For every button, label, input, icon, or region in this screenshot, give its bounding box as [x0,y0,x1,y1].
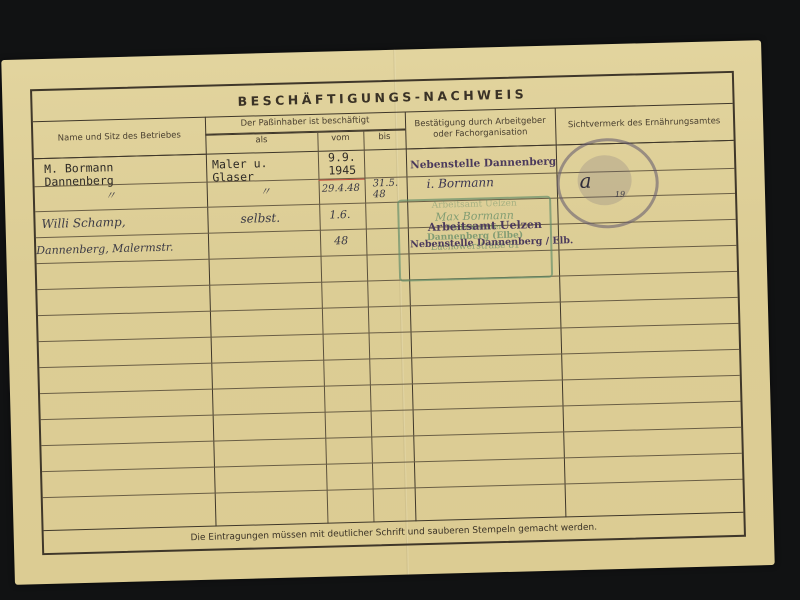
header-employer: Name und Sitz des Betriebes [33,117,206,159]
row-line [39,323,739,342]
ditto-mark-employer: 〃 [105,187,116,203]
entry1-to-date: 31.5. 48 [372,178,398,201]
red-underline [319,179,365,181]
row-line [39,349,739,368]
col-divider-4 [405,111,417,521]
entry1-employer: M. Bormann Dannenberg [44,161,114,189]
header-employer-label: Name und Sitz des Betriebes [58,130,181,144]
header-employed-label: Der Paßinhaber ist beschäftigt [240,115,369,129]
visa-initial: a [579,169,592,193]
purple-stamp-nebenstelle: Nebenstelle Dannenberg [410,156,556,172]
header-from: vom [317,133,363,144]
header-confirmation-label: Bestätigung durch Arbeitgeber oder Facho… [405,115,556,141]
row-line [41,427,741,446]
entry2-from-year: 48 [334,234,348,247]
entry1-employer-city: Dannenberg [44,174,114,189]
visa-mark: 19 [615,190,625,199]
form-frame: BESCHÄFTIGUNGS-NACHWEIS Name und Sitz de… [30,71,746,555]
row-line [37,271,737,290]
row-line [42,453,742,472]
header-confirmation: Bestätigung durch Arbeitgeber oder Facho… [405,108,556,150]
document-title: BESCHÄFTIGUNGS-NACHWEIS [237,86,527,109]
signature: i. Bormann [426,175,494,191]
entry2-occupation: selbst. [240,211,280,226]
header-visa-label: Sichtvermerk des Ernährungsamtes [568,116,721,131]
row-line [38,297,738,316]
entry2-employer-name: Willi Schamp, [41,215,125,231]
entry1-handwritten-from: 29.4.48 [322,183,360,195]
entry2-employer-city: Dannenberg, Malermstr. [36,241,173,258]
round-official-stamp [556,137,660,230]
entry1-from-date: 9.9. 1945 [322,151,363,178]
header-visa: Sichtvermerk des Ernährungsamtes [555,103,734,146]
entry1-to-day: 31.5. [372,178,398,190]
row-line [41,401,741,420]
footer-instructions: Die Eintragungen müssen mit deutlicher S… [44,512,744,553]
entry2-from-day: 1.6. [329,208,350,222]
row-line [40,375,740,394]
row-line [43,479,743,498]
footer-text: Die Eintragungen müssen mit deutlicher S… [190,523,597,544]
entry1-from-year: 1945 [322,164,362,178]
header-to: bis [363,131,405,142]
entry1-occupation: Maler u. Glaser [212,157,268,184]
ditto-mark-occupation: 〃 [260,183,271,199]
entry1-to-year: 48 [373,189,399,201]
document-page: BESCHÄFTIGUNGS-NACHWEIS Name und Sitz de… [1,40,774,585]
header-as: als [205,134,317,147]
